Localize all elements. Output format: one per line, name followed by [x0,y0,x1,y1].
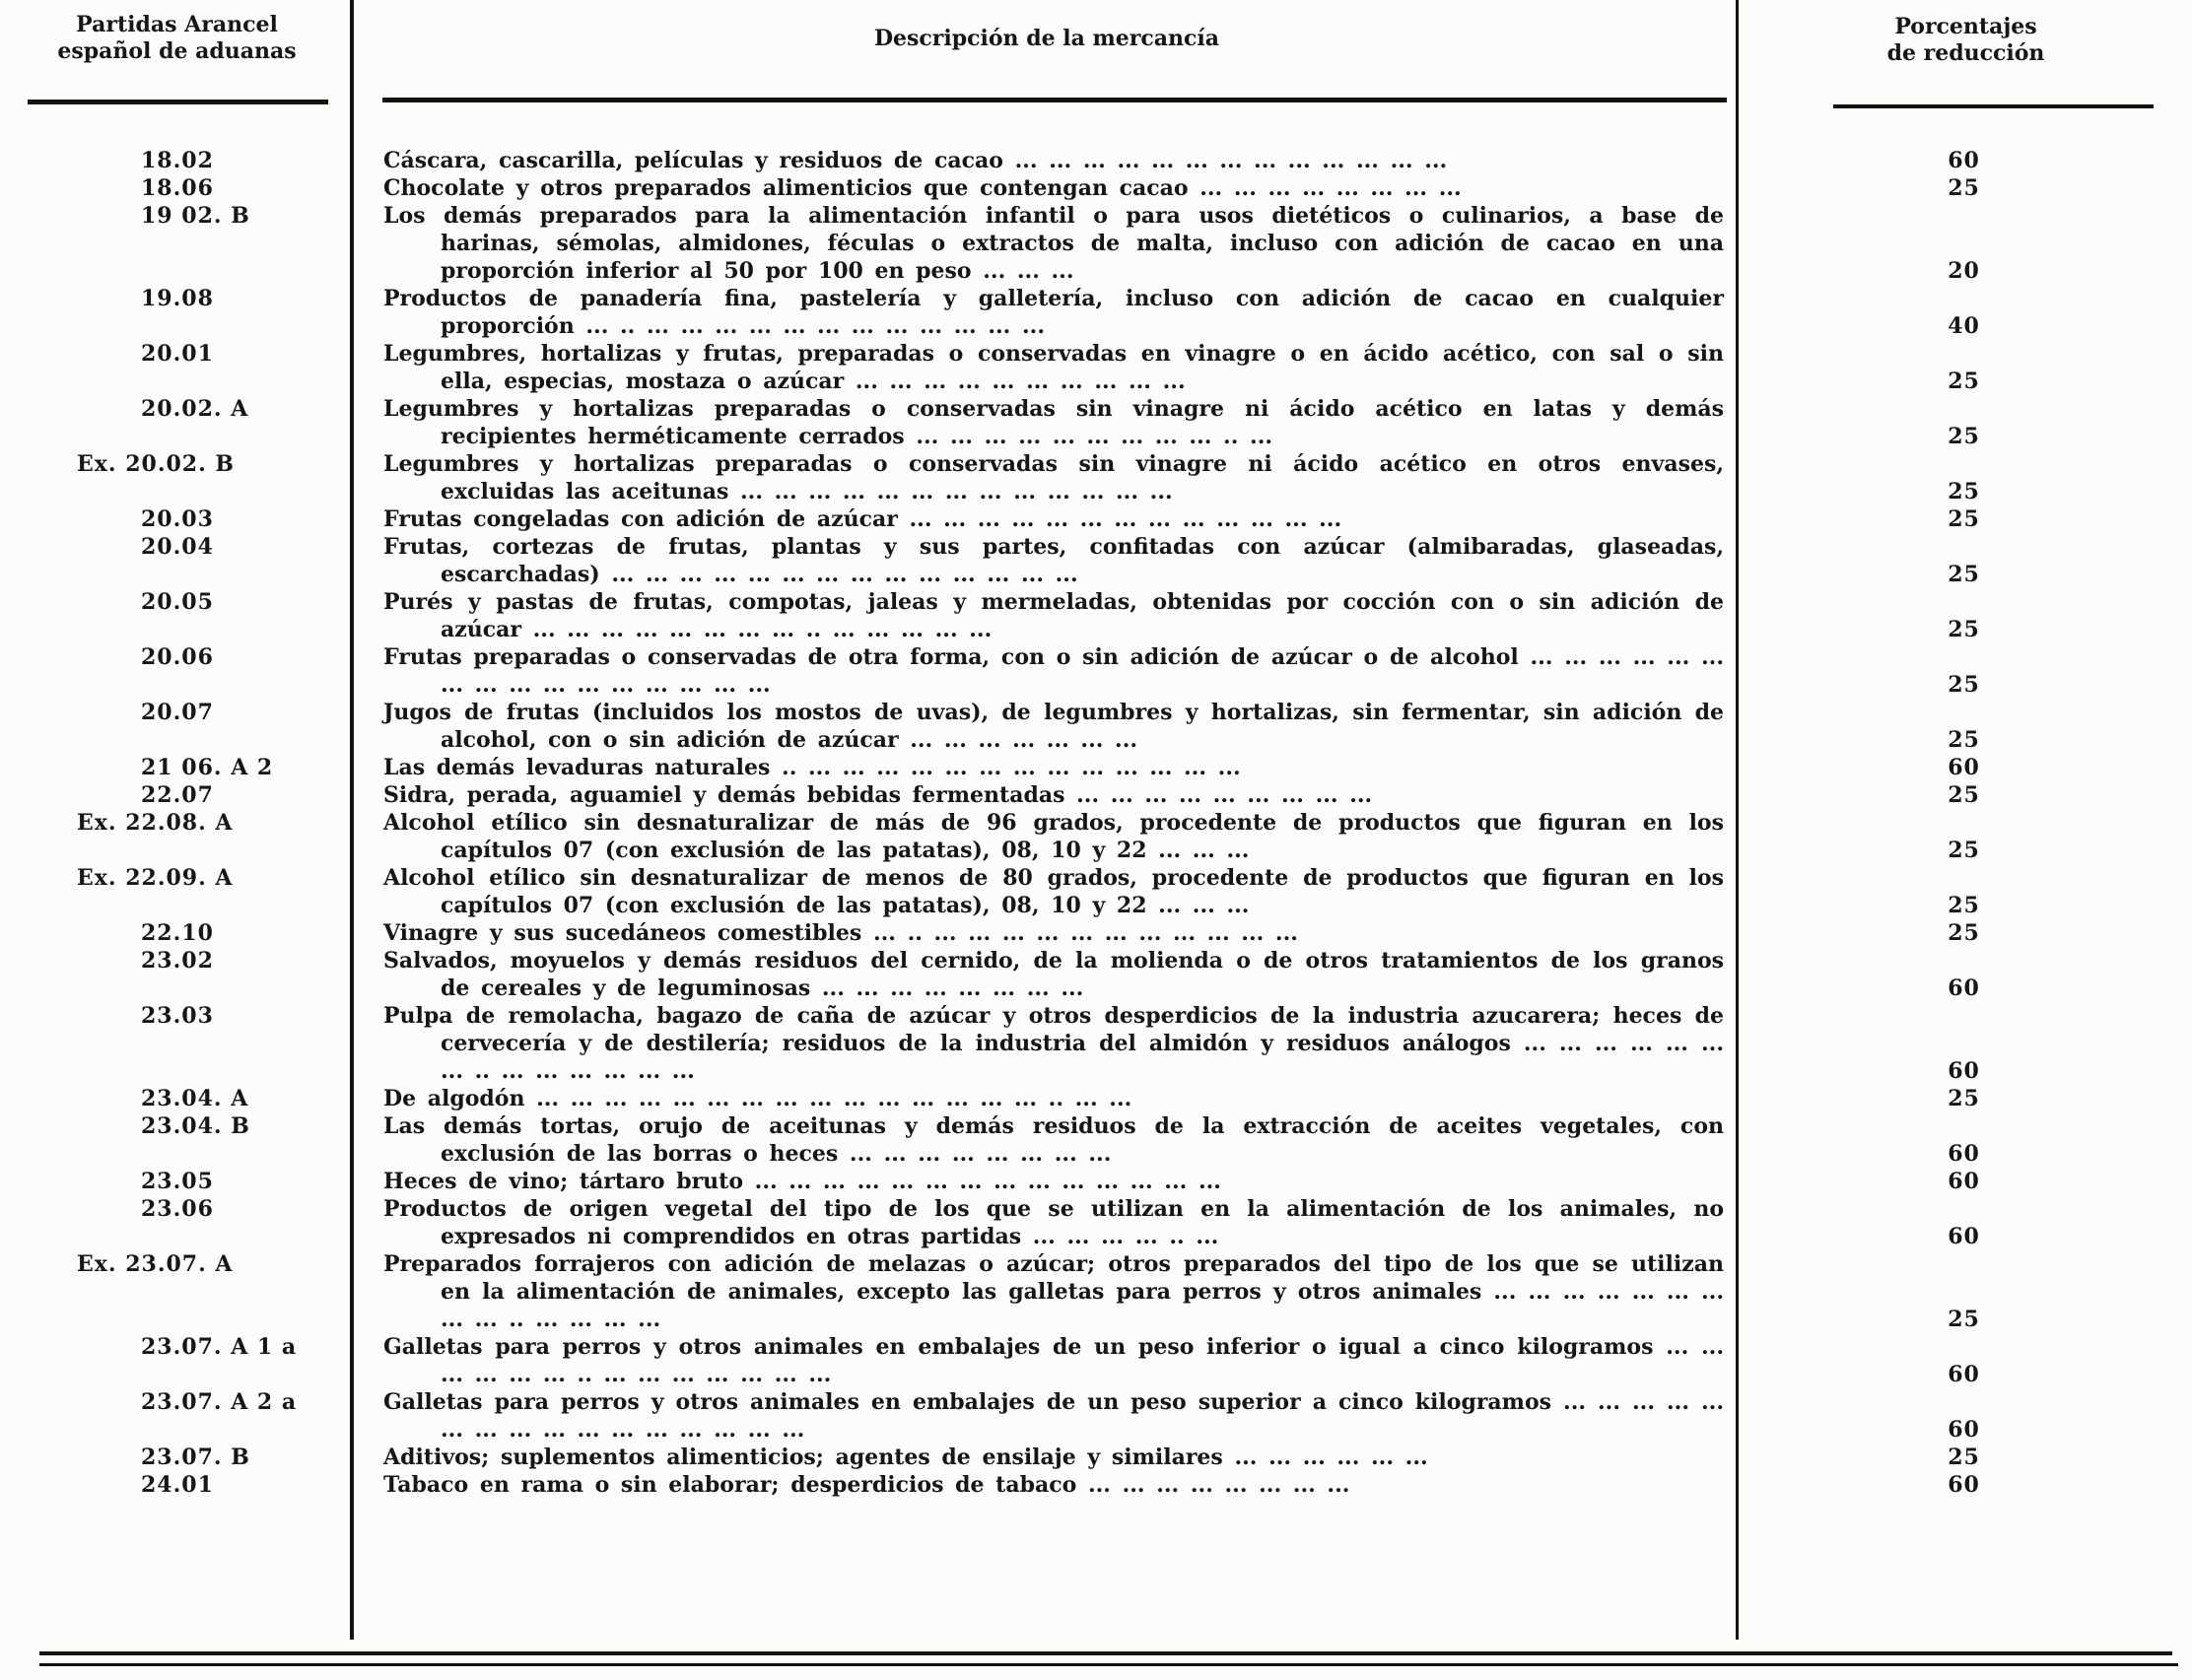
header-rule-partidas [28,100,328,104]
description-cell: De algodón ... ... ... ... ... ... ... .… [354,1085,1736,1112]
tariff-code-cell: 23.04. B [0,1112,354,1168]
reduction-percentage-cell: 60 [1736,1168,2192,1195]
table-row: 20.03 Frutas congeladas con adición de a… [0,505,2192,533]
tariff-code-cell: 20.03 [0,505,354,533]
table-row: 19.08 Productos de panadería fina, paste… [0,285,2192,340]
tariff-code-cell: 23.05 [0,1168,354,1195]
description-cell: Preparados forrajeros con adición de mel… [354,1250,1736,1333]
table-row: 20.04 Frutas, cortezas de frutas, planta… [0,533,2192,588]
description-cell: Legumbres y hortalizas preparadas o cons… [354,395,1736,450]
table-row: 20.01 Legumbres, hortalizas y frutas, pr… [0,340,2192,395]
tariff-code-cell: 22.10 [0,919,354,947]
description-cell: Alcohol etílico sin desnaturalizar de me… [354,864,1736,919]
reduction-percentage-cell: 25 [1736,1085,2192,1112]
reduction-percentage-cell: 25 [1736,395,2192,450]
table-row: 23.04. B Las demás tortas, orujo de acei… [0,1112,2192,1168]
reduction-percentage-cell: 25 [1736,533,2192,588]
reduction-percentage-cell: 60 [1736,1195,2192,1250]
table-row: 23.02 Salvados, moyuelos y demás residuo… [0,947,2192,1002]
table-row: 23.06 Productos de origen vegetal del ti… [0,1195,2192,1250]
reduction-percentage-cell: 60 [1736,754,2192,781]
reduction-percentage-cell: 25 [1736,781,2192,809]
table-row: 23.07. B Aditivos; suplementos alimentic… [0,1444,2192,1471]
table-row: 23.07. A 1 a Galletas para perros y otro… [0,1333,2192,1388]
header-partidas: Partidas Arancel español de aduanas [0,0,354,67]
tariff-code-cell: 20.01 [0,340,354,395]
tariff-code-cell: 19 02. B [0,202,354,285]
table-row: Ex. 22.09. A Alcohol etílico sin desnatu… [0,864,2192,919]
header-descripcion: Descripción de la mercancía [354,0,1740,67]
bottom-rule-lower [39,1663,2178,1666]
reduction-percentage-cell: 25 [1736,643,2192,699]
reduction-percentage-cell: 40 [1736,285,2192,340]
description-cell: Frutas preparadas o conservadas de otra … [354,643,1736,699]
tariff-code-cell: 20.05 [0,588,354,643]
table-row: 19 02. B Los demás preparados para la al… [0,202,2192,285]
description-cell: Legumbres y hortalizas preparadas o cons… [354,450,1736,505]
header-porcentajes-line2: de reducción [1887,40,2045,66]
reduction-percentage-cell: 60 [1736,1002,2192,1085]
tariff-code-cell: 19.08 [0,285,354,340]
reduction-percentage-cell: 25 [1736,340,2192,395]
header-partidas-line2: español de aduanas [57,38,296,64]
reduction-percentage-cell: 25 [1736,1250,2192,1333]
table-row: Ex. 23.07. A Preparados forrajeros con a… [0,1250,2192,1333]
tariff-code-cell: 23.07. A 2 a [0,1388,354,1444]
tariff-code-cell: 23.02 [0,947,354,1002]
tariff-code-cell: 23.04. A [0,1085,354,1112]
description-cell: Los demás preparados para la alimentació… [354,202,1736,285]
description-cell: Galletas para perros y otros animales en… [354,1388,1736,1444]
reduction-percentage-cell: 25 [1736,505,2192,533]
description-cell: Salvados, moyuelos y demás residuos del … [354,947,1736,1002]
bottom-rule-upper [39,1651,2172,1655]
tariff-code-cell: 22.07 [0,781,354,809]
tariff-code-cell: 20.06 [0,643,354,699]
reduction-percentage-cell: 60 [1736,947,2192,1002]
tariff-code-cell: 20.07 [0,699,354,754]
table-row: 21 06. A 2 Las demás levaduras naturales… [0,754,2192,781]
description-cell: Cáscara, cascarilla, películas y residuo… [354,147,1736,174]
tariff-code-cell: Ex. 22.08. A [0,809,354,864]
header-partidas-line1: Partidas Arancel [76,12,278,37]
tariff-code-cell: Ex. 23.07. A [0,1250,354,1333]
tariff-code-cell: 18.02 [0,147,354,174]
description-cell: Pulpa de remolacha, bagazo de caña de az… [354,1002,1736,1085]
table-row: 22.10 Vinagre y sus sucedáneos comestibl… [0,919,2192,947]
reduction-percentage-cell: 25 [1736,864,2192,919]
reduction-percentage-cell: 20 [1736,202,2192,285]
tariff-document-page: Partidas Arancel español de aduanas Desc… [0,0,2192,1680]
description-cell: Purés y pastas de frutas, compotas, jale… [354,588,1736,643]
description-cell: Legumbres, hortalizas y frutas, preparad… [354,340,1736,395]
table-row: 23.07. A 2 a Galletas para perros y otro… [0,1388,2192,1444]
reduction-percentage-cell: 60 [1736,1112,2192,1168]
tariff-code-cell: 18.06 [0,174,354,202]
tariff-code-cell: 20.04 [0,533,354,588]
description-cell: Galletas para perros y otros animales en… [354,1333,1736,1388]
reduction-percentage-cell: 25 [1736,450,2192,505]
description-cell: Frutas, cortezas de frutas, plantas y su… [354,533,1736,588]
description-cell: Las demás levaduras naturales .. ... ...… [354,754,1736,781]
table-row: 20.05 Purés y pastas de frutas, compotas… [0,588,2192,643]
header-porcentajes: Porcentajes de reducción [1740,0,2192,67]
table-body: 18.02 Cáscara, cascarilla, películas y r… [0,147,2192,1499]
header-porcentajes-line1: Porcentajes [1894,14,2036,39]
table-row: 20.02. A Legumbres y hortalizas preparad… [0,395,2192,450]
description-cell: Productos de origen vegetal del tipo de … [354,1195,1736,1250]
tariff-code-cell: 23.06 [0,1195,354,1250]
table-row: Ex. 22.08. A Alcohol etílico sin desnatu… [0,809,2192,864]
table-row: 20.07 Jugos de frutas (incluidos los mos… [0,699,2192,754]
tariff-code-cell: Ex. 22.09. A [0,864,354,919]
table-header: Partidas Arancel español de aduanas Desc… [0,0,2192,67]
tariff-code-cell: 21 06. A 2 [0,754,354,781]
table-row: 23.05 Heces de vino; tártaro bruto ... .… [0,1168,2192,1195]
description-cell: Productos de panadería fina, pastelería … [354,285,1736,340]
description-cell: Sidra, perada, aguamiel y demás bebidas … [354,781,1736,809]
reduction-percentage-cell: 60 [1736,1333,2192,1388]
description-cell: Vinagre y sus sucedáneos comestibles ...… [354,919,1736,947]
description-cell: Las demás tortas, orujo de aceitunas y d… [354,1112,1736,1168]
description-cell: Tabaco en rama o sin elaborar; desperdic… [354,1471,1736,1499]
table-row: 24.01 Tabaco en rama o sin elaborar; des… [0,1471,2192,1499]
reduction-percentage-cell: 25 [1736,1444,2192,1471]
header-rule-porcentajes [1833,104,2154,108]
description-cell: Aditivos; suplementos alimenticios; agen… [354,1444,1736,1471]
reduction-percentage-cell: 25 [1736,809,2192,864]
tariff-code-cell: Ex. 20.02. B [0,450,354,505]
reduction-percentage-cell: 25 [1736,588,2192,643]
description-cell: Alcohol etílico sin desnaturalizar de má… [354,809,1736,864]
reduction-percentage-cell: 25 [1736,919,2192,947]
table-row: 18.02 Cáscara, cascarilla, películas y r… [0,147,2192,174]
table-row: 20.06 Frutas preparadas o conservadas de… [0,643,2192,699]
reduction-percentage-cell: 60 [1736,1388,2192,1444]
description-cell: Jugos de frutas (incluidos los mostos de… [354,699,1736,754]
table-row: 18.06 Chocolate y otros preparados alime… [0,174,2192,202]
tariff-code-cell: 24.01 [0,1471,354,1499]
reduction-percentage-cell: 60 [1736,147,2192,174]
header-rule-descripcion [382,98,1727,102]
tariff-code-cell: 23.07. B [0,1444,354,1471]
reduction-percentage-cell: 25 [1736,699,2192,754]
description-cell: Frutas congeladas con adición de azúcar … [354,505,1736,533]
table-row: Ex. 20.02. B Legumbres y hortalizas prep… [0,450,2192,505]
table-row: 23.03 Pulpa de remolacha, bagazo de caña… [0,1002,2192,1085]
reduction-percentage-cell: 60 [1736,1471,2192,1499]
reduction-percentage-cell: 25 [1736,174,2192,202]
table-row: 22.07 Sidra, perada, aguamiel y demás be… [0,781,2192,809]
table-row: 23.04. A De algodón ... ... ... ... ... … [0,1085,2192,1112]
description-cell: Heces de vino; tártaro bruto ... ... ...… [354,1168,1736,1195]
tariff-code-cell: 23.03 [0,1002,354,1085]
tariff-code-cell: 20.02. A [0,395,354,450]
tariff-code-cell: 23.07. A 1 a [0,1333,354,1388]
description-cell: Chocolate y otros preparados alimenticio… [354,174,1736,202]
